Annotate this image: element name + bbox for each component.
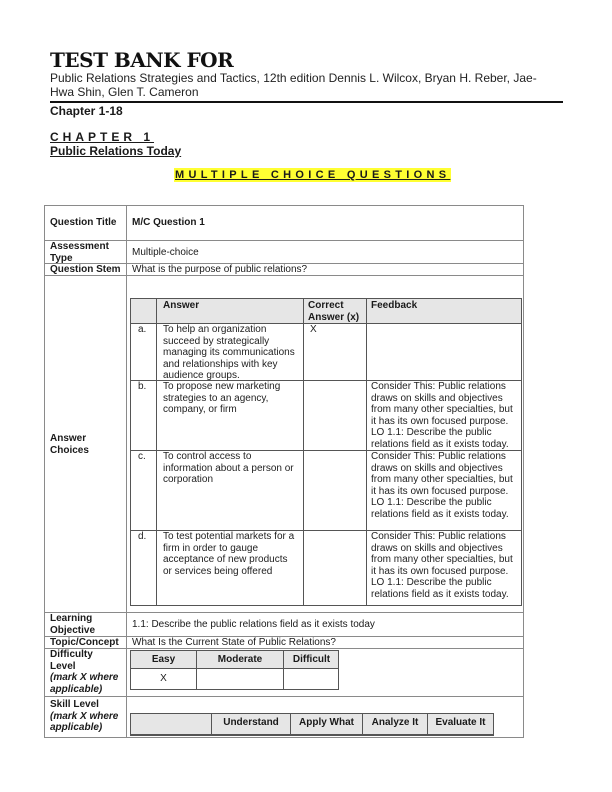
row-divider [44, 612, 524, 613]
correct-answer-mark[interactable]: X [310, 324, 360, 336]
choice-text: To help an organizationsucceed by strate… [163, 324, 301, 382]
column-divider [303, 298, 304, 606]
choice-letter: a. [138, 324, 154, 336]
choice-feedback: Consider This: Public relationsdraws on … [371, 531, 521, 600]
choice-text: To propose new marketingstrategies to an… [163, 381, 301, 416]
choice-letter: b. [138, 381, 154, 393]
row-divider [130, 668, 339, 669]
column-divider [126, 205, 127, 738]
correct-answer-header: Correct Answer (x) [308, 300, 359, 323]
difficulty-level-label: Difficulty Level (mark X where applicabl… [50, 649, 118, 695]
book-citation: Public Relations Strategies and Tactics,… [50, 71, 550, 99]
question-title-value: M/C Question 1 [132, 217, 205, 229]
difficulty-moderate-header: Moderate [197, 651, 283, 668]
skill-analyze-header: Analyze It [363, 716, 427, 730]
skill-apply-header: Apply What [291, 716, 362, 730]
row-divider [44, 240, 524, 241]
topic-concept-label: Topic/Concept [50, 637, 119, 649]
difficulty-easy-header: Easy [131, 651, 196, 668]
answer-header: Answer [163, 300, 199, 312]
choice-letter: d. [138, 531, 154, 543]
chapter-label: CHAPTER 1 [50, 130, 154, 144]
choice-text: To test potential markets for afirm in o… [163, 531, 301, 577]
topic-concept-value: What Is the Current State of Public Rela… [132, 637, 336, 649]
chapter-name: Public Relations Today [50, 144, 181, 158]
learning-objective-value: 1.1: Describe the public relations field… [132, 619, 375, 631]
chapter-range: Chapter 1-18 [50, 104, 123, 118]
skill-understand-header: Understand [212, 716, 290, 730]
header-divider [50, 101, 563, 103]
column-divider [366, 298, 367, 606]
question-title-label: Question Title [50, 217, 117, 229]
assessment-type-label: Assessment Type [50, 241, 109, 264]
choice-letter: c. [138, 451, 154, 463]
choice-feedback: Consider This: Public relationsdraws on … [371, 381, 521, 450]
difficulty-difficult-header: Difficult [284, 651, 339, 668]
answer-choices-label: Answer Choices [50, 433, 89, 456]
skill-evaluate-header: Evaluate It [428, 716, 493, 730]
question-stem-label: Question Stem [50, 264, 121, 276]
row-divider [44, 696, 524, 697]
skill-level-label: Skill Level (mark X where applicable) [50, 699, 118, 734]
assessment-type-value: Multiple-choice [132, 247, 199, 259]
difficulty-easy-mark[interactable]: X [131, 670, 196, 687]
feedback-header: Feedback [371, 300, 417, 312]
choice-text: To control access toinformation about a … [163, 451, 301, 486]
choice-feedback: Consider This: Public relationsdraws on … [371, 451, 521, 520]
learning-objective-label: Learning Objective [50, 613, 95, 636]
question-stem-value: What is the purpose of public relations? [132, 264, 307, 276]
section-heading: MULTIPLE CHOICE QUESTIONS [174, 168, 451, 182]
column-divider [156, 298, 157, 606]
document-title: TEST BANK FOR [50, 48, 233, 72]
